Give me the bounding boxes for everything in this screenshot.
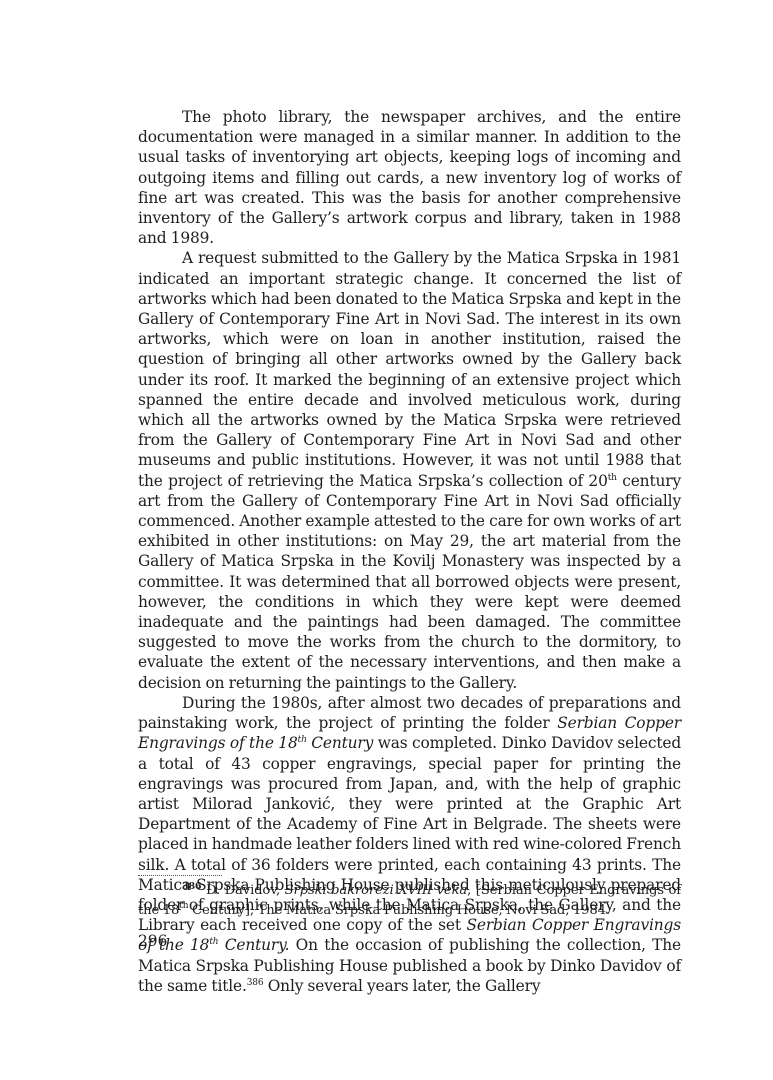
footnote-italic-title: Srpski bakrorezi XVIII veka: [285, 883, 468, 898]
paragraph-3: During the 1980s, after almost two decad…: [138, 693, 681, 996]
paragraph-text: century art from the Gallery of Contempo…: [138, 472, 681, 692]
ordinal-suffix: th: [298, 735, 307, 745]
body-text: The photo library, the newspaper archive…: [138, 107, 681, 996]
ordinal-suffix: th: [608, 473, 617, 483]
footnote-separator: [138, 875, 222, 876]
paragraph-text: A request submitted to the Gallery by th…: [138, 249, 681, 489]
paragraph-2: A request submitted to the Gallery by th…: [138, 248, 681, 692]
paragraph-text: The photo library, the newspaper archive…: [138, 108, 681, 247]
paragraph-text: Only several years later, the Gallery: [263, 977, 540, 995]
footnote-386: 386 D. Davidov, Srpski bakrorezi XVIII v…: [138, 881, 681, 921]
footnote-reference[interactable]: 386: [247, 978, 264, 988]
footnote-text: D. Davidov,: [201, 883, 284, 898]
footnote-marker: 386: [182, 881, 201, 892]
page-number: 296: [138, 931, 167, 951]
document-page: The photo library, the newspaper archive…: [138, 107, 681, 996]
paragraph-1: The photo library, the newspaper archive…: [138, 107, 681, 248]
footnote-text: Century], The Matica Srpska Publishing H…: [188, 903, 610, 918]
